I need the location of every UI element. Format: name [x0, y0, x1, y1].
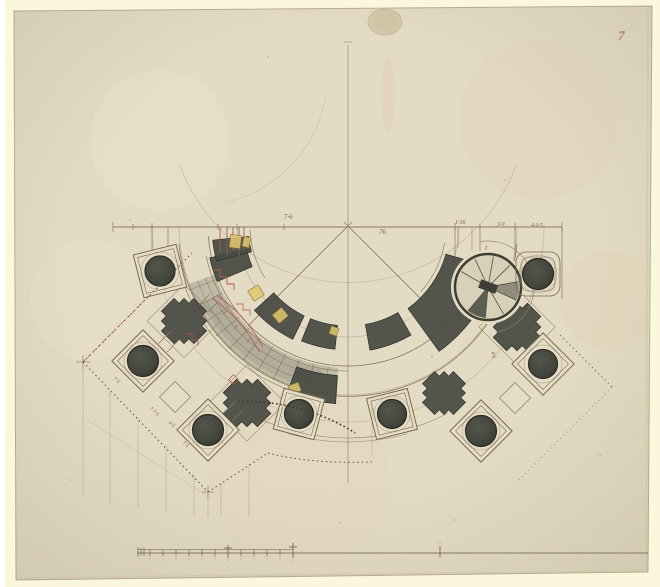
paper-stain [368, 9, 402, 35]
plan-drawing-svg: 7·6 76 1·16 3·0 4·0·5 7·5 7·7·5 4·5 7·5 … [0, 0, 660, 587]
column-shaft [378, 400, 407, 429]
column-shaft [466, 416, 497, 447]
dim-label: 7·6 [284, 213, 294, 221]
column-shaft [523, 259, 554, 290]
dim-label: 3·0 [496, 222, 505, 228]
column-shaft [145, 256, 175, 286]
column-shaft [128, 346, 159, 377]
drawing-scan: 7·6 76 1·16 3·0 4·0·5 7·5 7·7·5 4·5 7·5 … [0, 0, 660, 587]
column-shaft [193, 415, 224, 446]
paper-sheet [0, 0, 660, 587]
page-number: 7 [618, 28, 625, 43]
dim-label: 76 [379, 228, 387, 236]
dim-label: 1·16 [455, 220, 466, 226]
column-shaft [285, 400, 314, 429]
column-shaft [529, 350, 558, 379]
dim-label: 4·0·5 [531, 222, 543, 229]
mat-edge-highlight [0, 0, 5, 587]
pink-smear [381, 57, 395, 133]
